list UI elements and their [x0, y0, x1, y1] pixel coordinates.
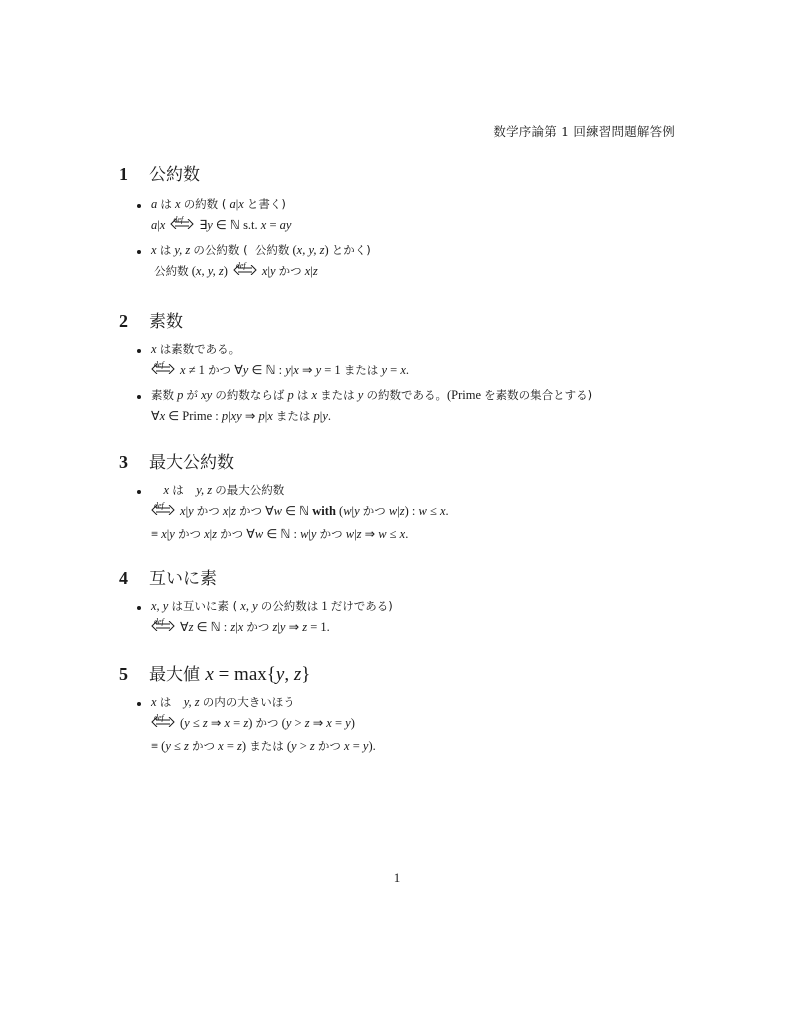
equivalent-form: ≡ (y ≤ z かつ x = z) または (y > z かつ x = y). — [137, 736, 679, 756]
list-item: x, y は互いに素 ( x, y の公約数は 1 だけである) def∀z ∈… — [137, 598, 679, 640]
page-number: 1 — [0, 870, 794, 886]
bullet-icon — [137, 395, 141, 399]
section-heading: 公約数 — [149, 160, 200, 185]
definition: defx ≠ 1 かつ ∀y ∈ ℕ : y|x ⇒ y = 1 または y =… — [137, 358, 679, 383]
definition: 公約数 (x, y, z)defx|y かつ x|z — [137, 259, 679, 284]
def-iff-icon: def — [151, 361, 175, 375]
statement: x は素数である。 — [137, 341, 679, 358]
section-heading: 最大値 x = max{y, z} — [149, 660, 310, 686]
formula: ∀x ∈ Prime : p|xy ⇒ p|x または p|y. — [137, 404, 679, 429]
section-2: 2 素数 x は素数である。 defx ≠ 1 かつ ∀y ∈ ℕ : y|x … — [119, 307, 679, 429]
section-3: 3 最大公約数 x は y, z の最大公約数 defx|y かつ x|z かつ… — [119, 448, 679, 544]
definition: a|xdef∃y ∈ ℕ s.t. x = ay — [137, 213, 679, 238]
def-iff-icon: def — [170, 216, 194, 230]
statement: 素数 p が xy の約数ならば p は x または y の約数である。(Pri… — [137, 387, 679, 404]
section-4: 4 互いに素 x, y は互いに素 ( x, y の公約数は 1 だけである) … — [119, 564, 679, 640]
list-item: x は y, z の内の大きいほう def(y ≤ z ⇒ x = z) かつ … — [137, 694, 679, 756]
section-heading: 互いに素 — [149, 564, 217, 589]
bullet-icon — [137, 349, 141, 353]
statement: x, y は互いに素 ( x, y の公約数は 1 だけである) — [137, 598, 679, 615]
statement: x は y, z の内の大きいほう — [137, 694, 679, 711]
list-item: x は素数である。 defx ≠ 1 かつ ∀y ∈ ℕ : y|x ⇒ y =… — [137, 341, 679, 383]
def-iff-icon: def — [151, 618, 175, 632]
def-iff-icon: def — [233, 262, 257, 276]
statement: x は y, z の公約数 ( 公約数 (x, y, z) とかく) — [137, 242, 679, 259]
section-number: 3 — [119, 452, 149, 473]
list-item: 素数 p が xy の約数ならば p は x または y の約数である。(Pri… — [137, 387, 679, 429]
page-header-title: 数学序論第 1 回練習問題解答例 — [493, 122, 675, 140]
bullet-icon — [137, 204, 141, 208]
def-iff-icon: def — [151, 502, 175, 516]
list-item: a は x の約数 ( a|x と書く) a|xdef∃y ∈ ℕ s.t. x… — [137, 196, 679, 238]
section-number: 1 — [119, 164, 149, 185]
bullet-icon — [137, 490, 141, 494]
section-5: 5 最大値 x = max{y, z} x は y, z の内の大きいほう de… — [119, 660, 679, 756]
statement: x は y, z の最大公約数 — [137, 482, 679, 499]
section-title: 1 公約数 — [119, 160, 679, 186]
equivalent-form: ≡ x|y かつ x|z かつ ∀w ∈ ℕ : w|y かつ w|z ⇒ w … — [137, 524, 679, 544]
def-iff-icon: def — [151, 714, 175, 728]
section-heading: 素数 — [149, 307, 183, 332]
section-title: 2 素数 — [119, 307, 679, 333]
bullet-icon — [137, 250, 141, 254]
definition: def(y ≤ z ⇒ x = z) かつ (y > z ⇒ x = y) — [137, 711, 679, 736]
section-1: 1 公約数 a は x の約数 ( a|x と書く) a|xdef∃y ∈ ℕ … — [119, 160, 679, 284]
list-item: x は y, z の最大公約数 defx|y かつ x|z かつ ∀w ∈ ℕ … — [137, 482, 679, 544]
section-number: 4 — [119, 568, 149, 589]
section-heading: 最大公約数 — [149, 448, 234, 473]
bullet-icon — [137, 702, 141, 706]
definition: def∀z ∈ ℕ : z|x かつ z|y ⇒ z = 1. — [137, 615, 679, 640]
section-title: 5 最大値 x = max{y, z} — [119, 660, 679, 686]
section-number: 5 — [119, 664, 149, 685]
statement: a は x の約数 ( a|x と書く) — [137, 196, 679, 213]
section-title: 4 互いに素 — [119, 564, 679, 590]
bullet-icon — [137, 606, 141, 610]
section-title: 3 最大公約数 — [119, 448, 679, 474]
list-item: x は y, z の公約数 ( 公約数 (x, y, z) とかく) 公約数 (… — [137, 242, 679, 284]
definition: defx|y かつ x|z かつ ∀w ∈ ℕ with (w|y かつ w|z… — [137, 499, 679, 524]
section-number: 2 — [119, 311, 149, 332]
